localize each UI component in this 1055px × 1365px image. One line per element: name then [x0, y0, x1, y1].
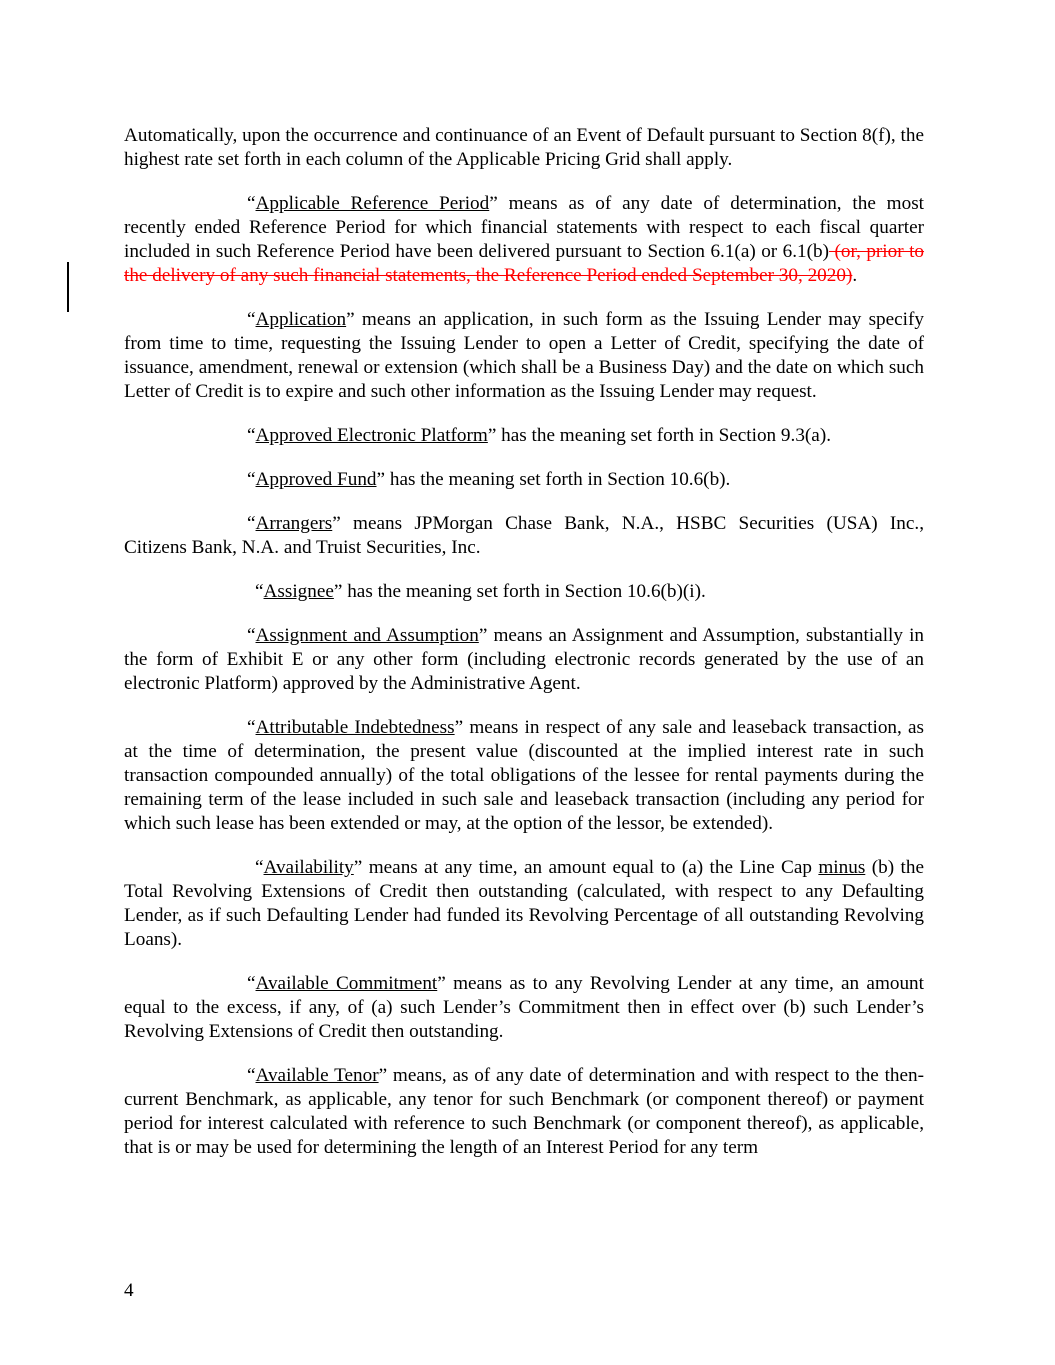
defined-term: Available Tenor	[256, 1065, 379, 1086]
definition-applicable-reference-period: “Applicable Reference Period” means as o…	[124, 192, 924, 288]
definition-available-commitment: “Available Commitment” means as to any R…	[124, 972, 924, 1044]
paragraph-continuation: Automatically, upon the occurrence and c…	[124, 124, 924, 172]
defined-term: Assignment and Assumption	[256, 625, 479, 646]
definition-availability: “Availability” means at any time, an amo…	[124, 856, 924, 952]
defined-term: Arrangers	[256, 513, 333, 534]
definition-application: “Application” means an application, in s…	[124, 308, 924, 404]
defined-term: Assignee	[264, 581, 334, 602]
defined-term: Applicable Reference Period	[256, 193, 490, 214]
defined-term: Approved Fund	[256, 469, 377, 490]
defined-term: Approved Electronic Platform	[256, 425, 488, 446]
defined-term: Application	[256, 309, 347, 330]
defined-term: Available Commitment	[256, 973, 438, 994]
defined-term: Attributable Indebtedness	[256, 717, 455, 738]
page-number: 4	[124, 1280, 134, 1302]
definition-attributable-indebtedness: “Attributable Indebtedness” means in res…	[124, 716, 924, 836]
definition-approved-fund: “Approved Fund” has the meaning set fort…	[124, 468, 924, 492]
definition-assignee: “Assignee” has the meaning set forth in …	[124, 580, 924, 604]
document-page: Automatically, upon the occurrence and c…	[124, 124, 924, 1180]
definition-arrangers: “Arrangers” means JPMorgan Chase Bank, N…	[124, 512, 924, 560]
definition-assignment-and-assumption: “Assignment and Assumption” means an Ass…	[124, 624, 924, 696]
definition-available-tenor: “Available Tenor” means, as of any date …	[124, 1064, 924, 1160]
definition-approved-electronic-platform: “Approved Electronic Platform” has the m…	[124, 424, 924, 448]
defined-term: Availability	[264, 857, 354, 878]
change-bar	[67, 262, 69, 312]
